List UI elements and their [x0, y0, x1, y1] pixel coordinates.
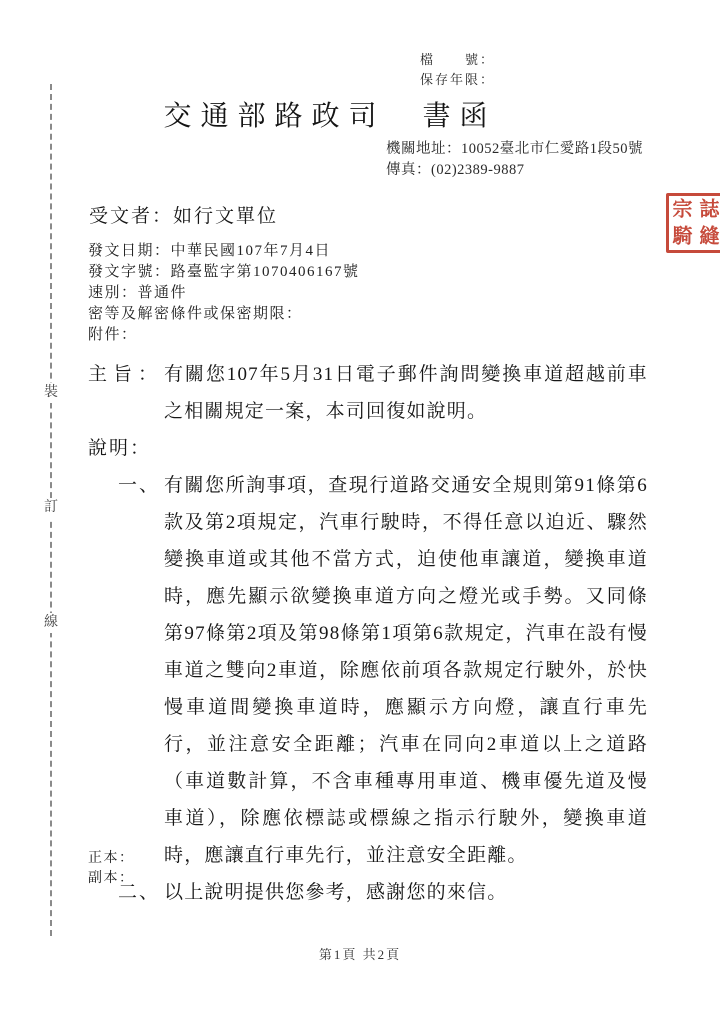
- classification-line: 密等及解密條件或保密期限：: [88, 304, 360, 325]
- seal-char: 縫: [700, 227, 720, 247]
- document-meta-block: 發文日期：中華民國107年7月4日 發文字號：路臺監字第1070406167號 …: [88, 241, 360, 346]
- agency-contact-block: 機關地址：10052臺北市仁愛路1段50號 傳真：(02)2389-9887: [386, 139, 643, 181]
- agency-fax: 傳真：(02)2389-9887: [386, 160, 643, 181]
- issue-number-line: 發文字號：路臺監字第1070406167號: [88, 262, 360, 283]
- document-page: { "header": { "file_no_label": "檔 號：", "…: [0, 0, 720, 1019]
- seal-char: 騎: [673, 227, 693, 247]
- retention-period-label: 保存年限：: [420, 70, 495, 90]
- document-title: 交通部路政司 書函: [0, 94, 660, 134]
- item-number: 一、: [118, 467, 160, 504]
- seal-char: 宗: [673, 200, 693, 220]
- file-number-block: 檔 號： 保存年限：: [420, 50, 495, 90]
- seal-char: 誌: [700, 200, 720, 220]
- item-text: 有關您所詢事項，查現行道路交通安全規則第91條第6款及第2項規定，汽車行駛時，不…: [164, 475, 648, 866]
- description-label: 說明：: [88, 430, 648, 467]
- binding-char-ding: 訂: [43, 498, 59, 518]
- subject-paragraph: 主旨： 有關您107年5月31日電子郵件詢問變換車道超越前車之相關規定一案，本司…: [88, 356, 648, 430]
- binding-char-xian: 線: [43, 613, 59, 633]
- document-body: 主旨： 有關您107年5月31日電子郵件詢問變換車道超越前車之相關規定一案，本司…: [88, 356, 648, 911]
- duplicate-copy-label: 副本：: [88, 869, 135, 889]
- agency-address: 機關地址：10052臺北市仁愛路1段50號: [386, 139, 643, 160]
- binding-char-zhuang: 裝: [43, 383, 59, 403]
- copies-block: 正本： 副本：: [88, 849, 135, 889]
- original-copy-label: 正本：: [88, 849, 135, 869]
- recipient-line: 受文者：如行文單位: [89, 201, 278, 228]
- attachment-line: 附件：: [88, 325, 360, 346]
- priority-line: 速別：普通件: [88, 283, 360, 304]
- page-number: 第1頁 共2頁: [0, 944, 720, 963]
- description-item-1: 一、 有關您所詢事項，查現行道路交通安全規則第91條第6款及第2項規定，汽車行駛…: [88, 467, 648, 874]
- file-number-label: 檔 號：: [420, 50, 495, 70]
- subject-text: 有關您107年5月31日電子郵件詢問變換車道超越前車之相關規定一案，本司回復如說…: [164, 364, 648, 422]
- item-text: 以上說明提供您參考，感謝您的來信。: [164, 882, 507, 903]
- issue-date-line: 發文日期：中華民國107年7月4日: [88, 241, 360, 262]
- description-item-2: 二、 以上說明提供您參考，感謝您的來信。: [88, 874, 648, 911]
- official-seal-stamp: 宗 誌 騎 縫: [666, 193, 720, 253]
- subject-label: 主旨：: [88, 356, 163, 393]
